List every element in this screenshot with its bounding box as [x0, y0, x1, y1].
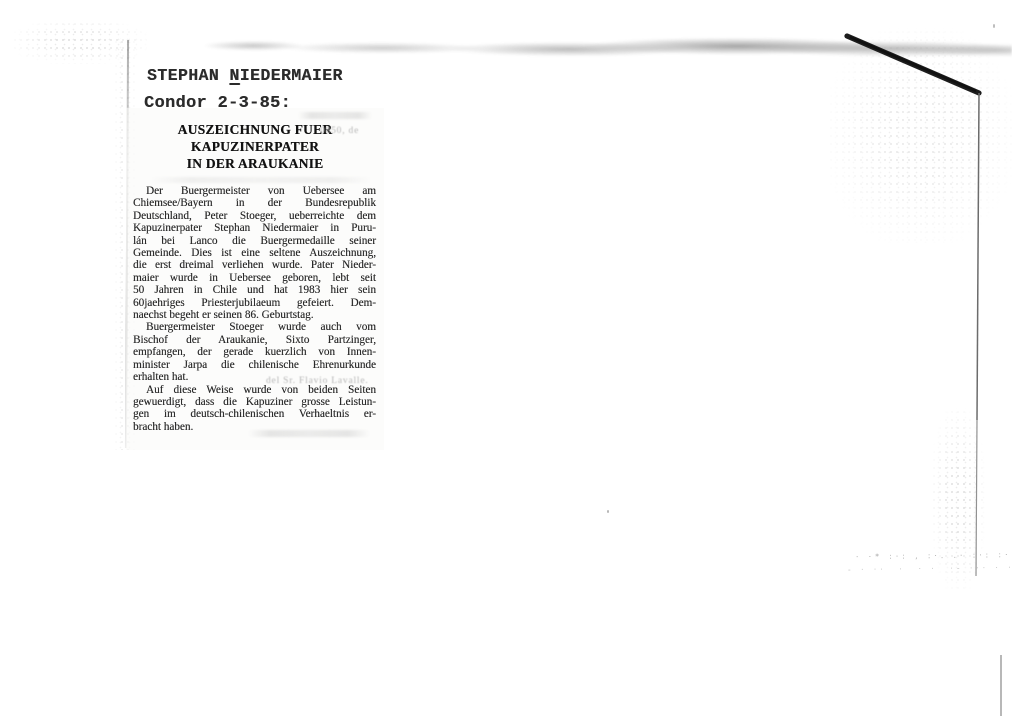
headline-line-2: KAPUZINERPATER	[133, 139, 377, 156]
body-text-line: Chiemsee/Bayern in der Bundesrepublik	[133, 197, 376, 209]
body-text-line: gewuerdigt, dass die Kapuziner grosse Le…	[133, 396, 376, 408]
body-text-line: 50 Jahren in Chile und hat 1983 hier sei…	[133, 284, 376, 296]
annotation-name-line: STEPHAN NIEDERMAIER	[147, 66, 343, 85]
bleedthrough-fragment-top: 0850, de	[320, 126, 359, 136]
scan-mark-row-1: · ·* :·: , :·. .· :·: :·: ;·	[856, 550, 1012, 562]
headline-line-3: IN DER ARAUKANIE	[133, 156, 377, 173]
body-text-line: minister Jarpa die chilenische Ehrenurku…	[133, 359, 376, 371]
bleedthrough-fragment-mid: del Sr. Flavio Lavalle.	[266, 376, 369, 386]
body-text-line: Kapuzinerpater Stephan Niedermaier in Pu…	[133, 222, 376, 234]
bleedthrough-smudge-3	[248, 430, 370, 437]
body-text-line: 60jaehriges Priesterjubilaeum gefeiert. …	[133, 297, 376, 309]
annotation-name-part1: STEPHAN	[147, 66, 229, 85]
scan-dot-top-right	[993, 24, 995, 28]
scan-mottle-top-right	[828, 28, 1012, 243]
annotation-name-underlined-letter: N	[229, 66, 239, 85]
body-text-line: maier wurde in Uebersee geboren, lebt se…	[133, 272, 376, 284]
bleedthrough-smudge-1	[298, 112, 372, 119]
clipping-body-text: Der Buergermeister von Uebersee am Chiem…	[133, 185, 376, 433]
scanned-document-page: STEPHAN NIEDERMAIER Condor 2-3-85: AUSZE…	[0, 0, 1012, 717]
annotation-name-part2: IEDERMAIER	[240, 66, 343, 85]
body-text-line: die erst dreimal verliehen wurde. Pater …	[133, 259, 376, 271]
body-text-line: naechst begeht er seinen 86. Geburtstag.	[133, 309, 376, 321]
body-text-line: Bischof der Araukanie, Sixto Partzinger,	[133, 334, 376, 346]
body-text-line: gen im deutsch-chilenischen Verhaeltnis …	[133, 408, 376, 420]
body-text-line: Der Buergermeister von Uebersee am	[133, 185, 376, 197]
body-text-line: lán bei Lanco die Buergermedaille seiner	[133, 235, 376, 247]
scan-mark-row-2: - · ·· · · · ·- ··· · ·	[848, 563, 1012, 574]
body-text-line: Deutschland, Peter Stoeger, ueberreichte…	[133, 210, 376, 222]
body-text-line: empfangen, der gerade kuerzlich von Inne…	[133, 346, 376, 358]
scan-dot-center	[607, 510, 609, 513]
body-text-line: Gemeinde. Dies ist eine seltene Auszeich…	[133, 247, 376, 259]
bleedthrough-smudge-2	[150, 177, 372, 183]
body-text-line: Buergermeister Stoeger wurde auch vom	[133, 321, 376, 333]
